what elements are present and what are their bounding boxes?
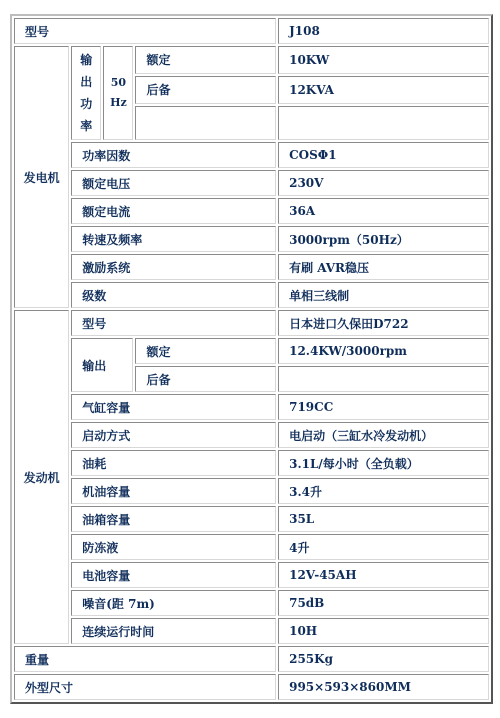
table-row: 额定电流 36A xyxy=(14,198,489,224)
generator-rated-value: 10KW xyxy=(278,46,489,74)
spec-label: 油箱容量 xyxy=(71,506,276,532)
spec-label: 启动方式 xyxy=(71,422,276,448)
table-row: 转速及频率 3000rpm（50Hz） xyxy=(14,226,489,252)
generator-rated-label: 额定 xyxy=(135,46,276,74)
output-power-char: 出 xyxy=(72,71,100,93)
weight-value: 255Kg xyxy=(278,646,489,672)
spec-label: 气缸容量 xyxy=(71,394,276,420)
table-row-model: 型号 J108 xyxy=(14,18,489,44)
spec-label: 噪音(距 7m) xyxy=(71,590,276,616)
generator-standby-label: 后备 xyxy=(135,76,276,104)
engine-model-value: 日本进口久保田D722 xyxy=(278,310,489,336)
dimensions-label: 外型尺寸 xyxy=(14,674,276,700)
frequency-label: 50 Hz xyxy=(103,46,133,140)
table-row: 功率因数 COSΦ1 xyxy=(14,142,489,168)
table-row-engine-rated: 输出 额定 12.4KW/3000rpm xyxy=(14,338,489,364)
engine-standby-label: 后备 xyxy=(135,366,276,392)
table-row: 噪音(距 7m) 75dB xyxy=(14,590,489,616)
spec-value: 3.1L/每小时（全负载） xyxy=(278,450,489,476)
generator-group-label: 发电机 xyxy=(14,46,69,308)
table-row: 防冻液 4升 xyxy=(14,534,489,560)
table-row-generator-rated: 发电机 输 出 功 率 50 Hz 额定 10KW xyxy=(14,46,489,74)
spec-value: 35L xyxy=(278,506,489,532)
frequency-value: 50 xyxy=(104,73,132,93)
weight-label: 重量 xyxy=(14,646,276,672)
engine-rated-label: 额定 xyxy=(135,338,276,364)
table-row: 油箱容量 35L xyxy=(14,506,489,532)
frequency-unit: Hz xyxy=(104,93,132,113)
generator-standby-value: 12KVA xyxy=(278,76,489,104)
output-power-char: 功 xyxy=(72,93,100,115)
table-row: 额定电压 230V xyxy=(14,170,489,196)
spec-label: 油耗 xyxy=(71,450,276,476)
spec-value: 719CC xyxy=(278,394,489,420)
generator-blank-label xyxy=(135,106,276,140)
table-row: 油耗 3.1L/每小时（全负载） xyxy=(14,450,489,476)
spec-label: 电池容量 xyxy=(71,562,276,588)
dimensions-value: 995×593×860MM xyxy=(278,674,489,700)
table-row: 级数 单相三线制 xyxy=(14,282,489,308)
output-power-char: 率 xyxy=(72,115,100,137)
engine-standby-value xyxy=(278,366,489,392)
engine-group-label: 发动机 xyxy=(14,310,69,644)
table-row: 连续运行时间 10H xyxy=(14,618,489,644)
engine-model-label: 型号 xyxy=(71,310,276,336)
model-value: J108 xyxy=(278,18,489,44)
engine-rated-value: 12.4KW/3000rpm xyxy=(278,338,489,364)
engine-output-label: 输出 xyxy=(71,338,133,392)
spec-value: 230V xyxy=(278,170,489,196)
table-row-weight: 重量 255Kg xyxy=(14,646,489,672)
table-row: 激励系统 有刷 AVR稳压 xyxy=(14,254,489,280)
spec-value: 12V-45AH xyxy=(278,562,489,588)
table-row: 机油容量 3.4升 xyxy=(14,478,489,504)
spec-table: 型号 J108 发电机 输 出 功 率 50 Hz 额定 10KW 后备 12K… xyxy=(10,14,493,704)
spec-label: 激励系统 xyxy=(71,254,276,280)
table-row-dimensions: 外型尺寸 995×593×860MM xyxy=(14,674,489,700)
spec-label: 额定电压 xyxy=(71,170,276,196)
spec-label: 转速及频率 xyxy=(71,226,276,252)
spec-value: 3000rpm（50Hz） xyxy=(278,226,489,252)
spec-label: 机油容量 xyxy=(71,478,276,504)
table-row-engine-model: 发动机 型号 日本进口久保田D722 xyxy=(14,310,489,336)
model-label: 型号 xyxy=(14,18,276,44)
spec-value: 4升 xyxy=(278,534,489,560)
spec-label: 额定电流 xyxy=(71,198,276,224)
spec-value: 电启动（三缸水冷发动机） xyxy=(278,422,489,448)
spec-label: 防冻液 xyxy=(71,534,276,560)
generator-blank-value xyxy=(278,106,489,140)
spec-label: 连续运行时间 xyxy=(71,618,276,644)
spec-value: COSΦ1 xyxy=(278,142,489,168)
output-power-char: 输 xyxy=(72,49,100,71)
spec-label: 功率因数 xyxy=(71,142,276,168)
output-power-label: 输 出 功 率 xyxy=(71,46,101,140)
spec-label: 级数 xyxy=(71,282,276,308)
spec-value: 单相三线制 xyxy=(278,282,489,308)
spec-value: 3.4升 xyxy=(278,478,489,504)
spec-value: 10H xyxy=(278,618,489,644)
table-row: 电池容量 12V-45AH xyxy=(14,562,489,588)
spec-value: 75dB xyxy=(278,590,489,616)
spec-value: 36A xyxy=(278,198,489,224)
spec-value: 有刷 AVR稳压 xyxy=(278,254,489,280)
table-row: 启动方式 电启动（三缸水冷发动机） xyxy=(14,422,489,448)
table-row: 气缸容量 719CC xyxy=(14,394,489,420)
